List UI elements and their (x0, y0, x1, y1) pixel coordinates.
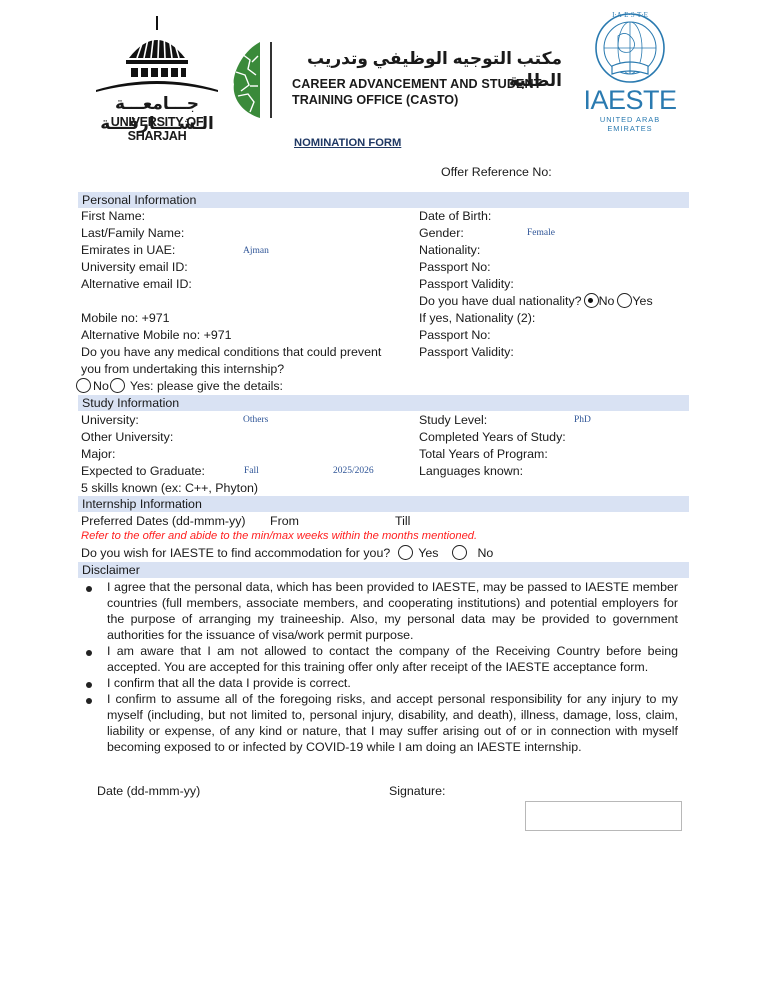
globe-emblem-icon (584, 12, 676, 84)
divider-line (270, 42, 272, 118)
dual-nationality-question: Do you have dual nationality? (419, 294, 582, 308)
section-heading: Internship Information (82, 496, 202, 512)
other-university-label[interactable]: Other University: (81, 429, 173, 445)
disclaimer-item: I confirm that all the data I provide is… (107, 675, 678, 691)
study-level-label: Study Level: (419, 412, 487, 428)
graduate-term-select[interactable]: Fall (244, 463, 259, 479)
study-level-select[interactable]: PhD (574, 412, 591, 428)
disclaimer-item: I agree that the personal data, which ha… (107, 579, 678, 643)
accommodation-no-radio[interactable] (452, 545, 467, 560)
accommodation-question: Do you wish for IAESTE to find accommoda… (81, 546, 390, 560)
uos-english-name: UNIVERSITY OF SHARJAH (80, 115, 234, 143)
passport-validity-label[interactable]: Passport Validity: (419, 276, 514, 292)
iaeste-name: IAESTE (582, 86, 678, 114)
bullet-icon (86, 650, 92, 656)
university-select[interactable]: Others (243, 412, 268, 428)
university-of-sharjah-logo: جـــامعـــة الـشــــارقـــة UNIVERSITY O… (82, 14, 232, 130)
geometric-pattern-icon (230, 40, 266, 120)
preferred-dates-label: Preferred Dates (dd-mmm-yy) (81, 513, 246, 529)
from-date-field[interactable]: From (270, 513, 299, 529)
accommodation-yes-label: Yes (418, 546, 438, 560)
medical-question-line1: Do you have any medical conditions that … (81, 344, 381, 360)
casto-english-line1: CAREER ADVANCEMENT AND STUDENT (292, 76, 542, 92)
major-label[interactable]: Major: (81, 446, 115, 462)
dates-note: Refer to the offer and abide to the min/… (81, 529, 477, 543)
emirates-label: Emirates in UAE: (81, 242, 175, 258)
casto-english-line2: TRAINING OFFICE (CASTO) (292, 92, 458, 108)
section-personal-information: Personal Information (78, 192, 689, 208)
accommodation-no-label: No (477, 546, 493, 560)
last-name-label[interactable]: Last/Family Name: (81, 225, 184, 241)
accommodation-yes-radio[interactable] (398, 545, 413, 560)
medical-options: NoYes: please give the details: (76, 378, 283, 394)
accommodation-row: Do you wish for IAESTE to find accommoda… (81, 545, 493, 561)
iaeste-ring-text: I·A·E·S·T·E (584, 11, 676, 19)
medical-no-label: No (93, 379, 109, 393)
nationality-label[interactable]: Nationality: (419, 242, 480, 258)
casto-logo: مكتب التوجيه الوظيفي وتدريب الطلبة CAREE… (230, 40, 570, 120)
passport-no2-label[interactable]: Passport No: (419, 327, 491, 343)
section-heading: Personal Information (82, 192, 196, 208)
section-heading: Study Information (82, 395, 179, 411)
bullet-icon (86, 698, 92, 704)
iaeste-sub-line1: UNITED ARAB (584, 115, 676, 124)
nationality2-label[interactable]: If yes, Nationality (2): (419, 310, 535, 326)
graduate-label: Expected to Graduate: (81, 463, 205, 479)
total-years-label[interactable]: Total Years of Program: (419, 446, 548, 462)
dome-icon (82, 14, 232, 92)
university-email-label[interactable]: University email ID: (81, 259, 188, 275)
section-heading: Disclaimer (82, 562, 140, 578)
section-disclaimer: Disclaimer (78, 562, 689, 578)
bullet-icon (86, 682, 92, 688)
iaeste-sub-line2: EMIRATES (584, 124, 676, 133)
completed-years-label[interactable]: Completed Years of Study: (419, 429, 566, 445)
dual-yes-radio[interactable] (617, 293, 632, 308)
dual-no-radio[interactable] (584, 293, 599, 308)
first-name-label[interactable]: First Name: (81, 208, 145, 224)
alternative-email-label[interactable]: Alternative email ID: (81, 276, 192, 292)
passport-validity2-label[interactable]: Passport Validity: (419, 344, 514, 360)
dual-no-label: No (599, 294, 615, 308)
section-study-information: Study Information (78, 395, 689, 411)
alternative-mobile-label[interactable]: Alternative Mobile no: +971 (81, 327, 232, 343)
dual-yes-label: Yes (632, 294, 652, 308)
date-label[interactable]: Date (dd-mmm-yy) (97, 783, 200, 799)
medical-question-line2: you from undertaking this internship? (81, 361, 284, 377)
dual-nationality-row: Do you have dual nationality?NoYes (419, 293, 653, 309)
emirates-select[interactable]: Ajman (243, 243, 269, 259)
medical-yes-label: Yes: please give the details: (130, 379, 283, 393)
date-of-birth-label[interactable]: Date of Birth: (419, 208, 491, 224)
form-title: NOMINATION FORM (294, 137, 401, 149)
graduate-year-select[interactable]: 2025/2026 (333, 463, 374, 479)
skills-label[interactable]: 5 skills known (ex: C++, Phyton) (81, 480, 258, 496)
bullet-icon (86, 586, 92, 592)
offer-reference-label: Offer Reference No: (441, 164, 552, 180)
signature-box[interactable] (525, 801, 682, 831)
section-internship-information: Internship Information (78, 496, 689, 512)
till-date-field[interactable]: Till (395, 513, 410, 529)
disclaimer-item: I confirm to assume all of the foregoing… (107, 691, 678, 755)
mobile-label[interactable]: Mobile no: +971 (81, 310, 170, 326)
gender-select[interactable]: Female (527, 225, 555, 241)
disclaimer-item: I am aware that I am not allowed to cont… (107, 643, 678, 675)
languages-label[interactable]: Languages known: (419, 463, 523, 479)
signature-label: Signature: (389, 783, 445, 799)
university-label: University: (81, 412, 139, 428)
medical-yes-radio[interactable] (110, 378, 125, 393)
gender-label: Gender: (419, 225, 464, 241)
medical-no-radio[interactable] (76, 378, 91, 393)
passport-no-label[interactable]: Passport No: (419, 259, 491, 275)
iaeste-logo: I·A·E·S·T·E IAESTE UNITED ARAB EMIRATES (584, 12, 676, 132)
